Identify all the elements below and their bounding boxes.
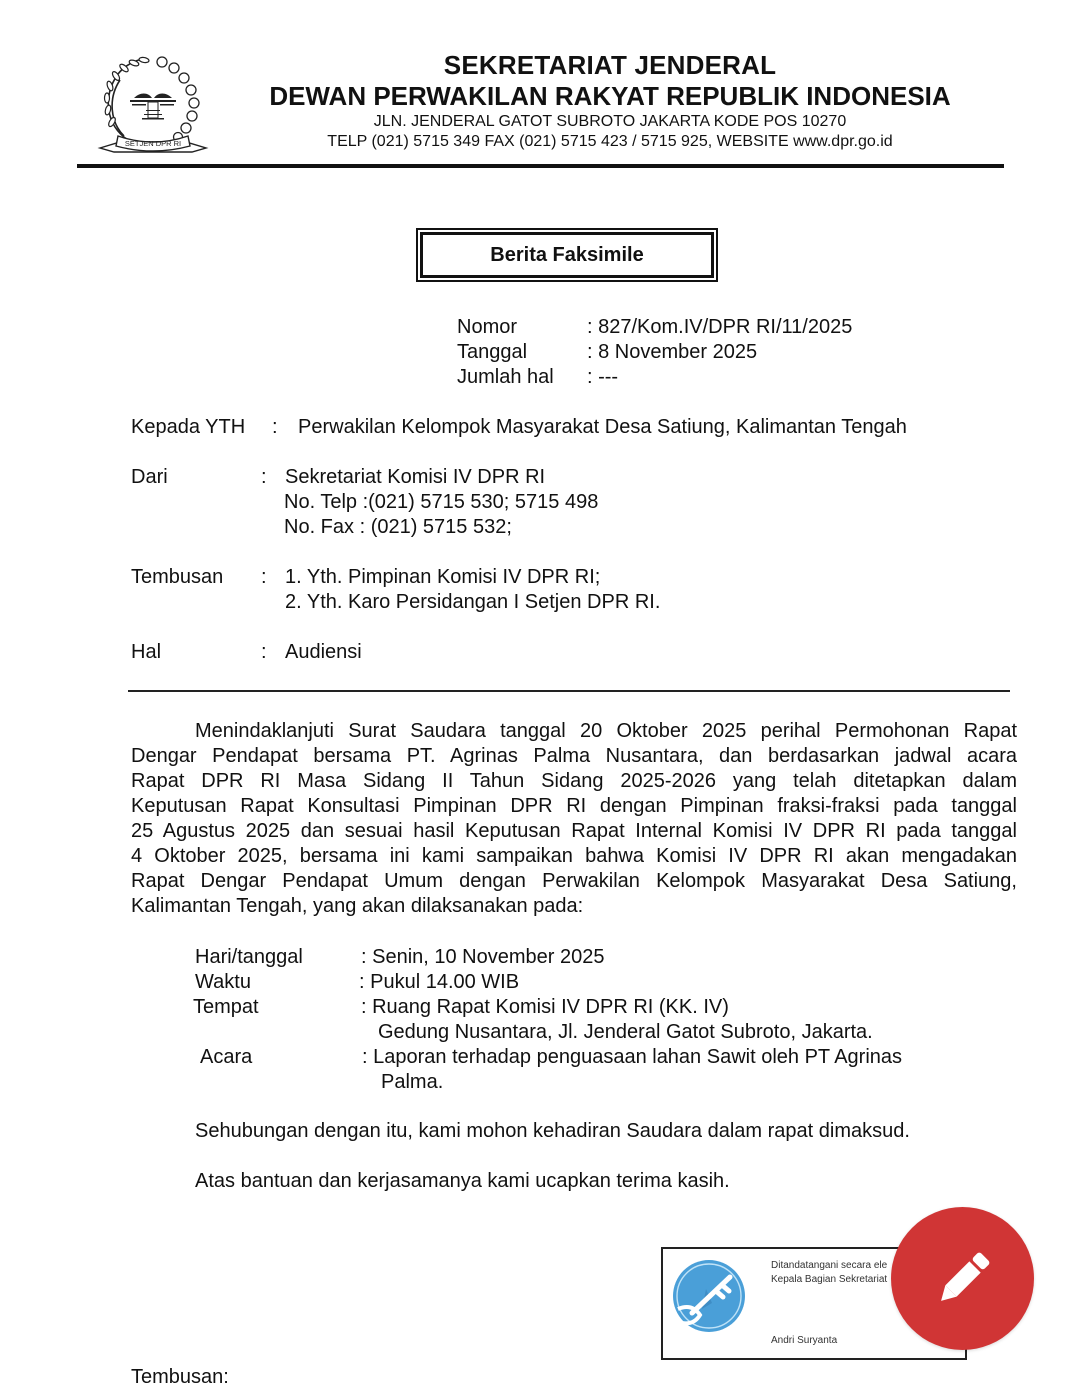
body-paragraph: Menindaklanjuti Surat Saudara tanggal 20… <box>131 719 1017 919</box>
pencil-icon <box>928 1244 998 1314</box>
meta-label: Nomor <box>457 315 517 340</box>
tembusan-line: 1. Yth. Pimpinan Komisi IV DPR RI; <box>285 565 600 590</box>
meta-value: : --- <box>587 365 618 390</box>
tembusan-colon: : <box>261 565 267 590</box>
kepada-colon: : <box>272 415 278 440</box>
hal-label: Hal <box>131 640 161 665</box>
schedule-value-acara: Palma. <box>381 1070 443 1095</box>
kepada-value: Perwakilan Kelompok Masyarakat Desa Sati… <box>298 415 907 440</box>
signature-caption: Ditandatangani secara ele <box>771 1260 887 1271</box>
meta-value: : 8 November 2025 <box>587 340 757 365</box>
schedule-value-hari: : Senin, 10 November 2025 <box>361 945 605 970</box>
hal-colon: : <box>261 640 267 665</box>
paragraph-line: Rapat Dengar Pendapat Umum dengan Perwak… <box>131 869 1017 894</box>
document-title: Berita Faksimile <box>420 232 714 278</box>
document-title-box: Berita Faksimile <box>416 228 718 282</box>
edit-fab-button[interactable] <box>891 1207 1034 1350</box>
paragraph-line: Rapat DPR RI Masa Sidang II Tahun Sidang… <box>131 769 1017 794</box>
paragraph-line: Kalimantan Tengah, yang akan dilaksanaka… <box>131 894 1017 919</box>
schedule-value-waktu: : Pukul 14.00 WIB <box>359 970 519 995</box>
svg-text:SETJEN DPR RI: SETJEN DPR RI <box>125 139 181 148</box>
signer-name: Andri Suryanta <box>771 1335 837 1346</box>
schedule-label-waktu: Waktu <box>195 970 251 995</box>
schedule-label-hari: Hari/tanggal <box>195 945 303 970</box>
dari-colon: : <box>261 465 267 490</box>
letterhead-address: JLN. JENDERAL GATOT SUBROTO JAKARTA KODE… <box>240 113 980 131</box>
key-icon <box>672 1259 746 1333</box>
paragraph-line: 4 Oktober 2025, bersama ini kami sampaik… <box>131 844 1017 869</box>
dari-line: No. Telp :(021) 5715 530; 5715 498 <box>284 490 598 515</box>
paragraph-line: Dengar Pendapat bersama PT. Agrinas Palm… <box>131 744 1017 769</box>
tembusan-line: 2. Yth. Karo Persidangan I Setjen DPR RI… <box>285 590 660 615</box>
paragraph-line: Keputusan Rapat Konsultasi Pimpinan DPR … <box>131 794 1017 819</box>
closing-thanks: Atas bantuan dan kerjasamanya kami ucapk… <box>195 1170 730 1193</box>
letterhead-institution: DEWAN PERWAKILAN RAKYAT REPUBLIK INDONES… <box>240 81 980 112</box>
hal-value: Audiensi <box>285 640 362 665</box>
section-divider <box>128 690 1010 692</box>
kepada-label: Kepada YTH <box>131 415 245 440</box>
letterhead-divider <box>77 164 1004 168</box>
meta-label: Tanggal <box>457 340 527 365</box>
signature-position: Kepala Bagian Sekretariat <box>771 1274 887 1285</box>
meta-value: : 827/Kom.IV/DPR RI/11/2025 <box>587 315 852 340</box>
schedule-label-tempat: Tempat <box>193 995 259 1020</box>
dari-line: No. Fax : (021) 5715 532; <box>284 515 512 540</box>
letterhead-title: SEKRETARIAT JENDERAL <box>240 50 980 81</box>
schedule-value-tempat: Gedung Nusantara, Jl. Jenderal Gatot Sub… <box>378 1020 873 1045</box>
schedule-value-acara: : Laporan terhadap penguasaan lahan Sawi… <box>362 1045 902 1070</box>
letterhead-contact: TELP (021) 5715 349 FAX (021) 5715 423 /… <box>240 133 980 151</box>
tembusan-label: Tembusan <box>131 565 223 590</box>
closing-line: Sehubungan dengan itu, kami mohon kehadi… <box>195 1120 910 1143</box>
tembusan-footer-label: Tembusan: <box>131 1366 229 1389</box>
schedule-value-tempat: : Ruang Rapat Komisi IV DPR RI (KK. IV) <box>361 995 729 1020</box>
schedule-label-acara: Acara <box>200 1045 252 1070</box>
dari-label: Dari <box>131 465 168 490</box>
dari-line: Sekretariat Komisi IV DPR RI <box>285 465 545 490</box>
paragraph-line: Menindaklanjuti Surat Saudara tanggal 20… <box>131 719 1017 744</box>
meta-label: Jumlah hal <box>457 365 554 390</box>
paragraph-line: 25 Agustus 2025 dan sesuai hasil Keputus… <box>131 819 1017 844</box>
setjen-dpr-ri-logo-icon: SETJEN DPR RI <box>96 52 210 160</box>
